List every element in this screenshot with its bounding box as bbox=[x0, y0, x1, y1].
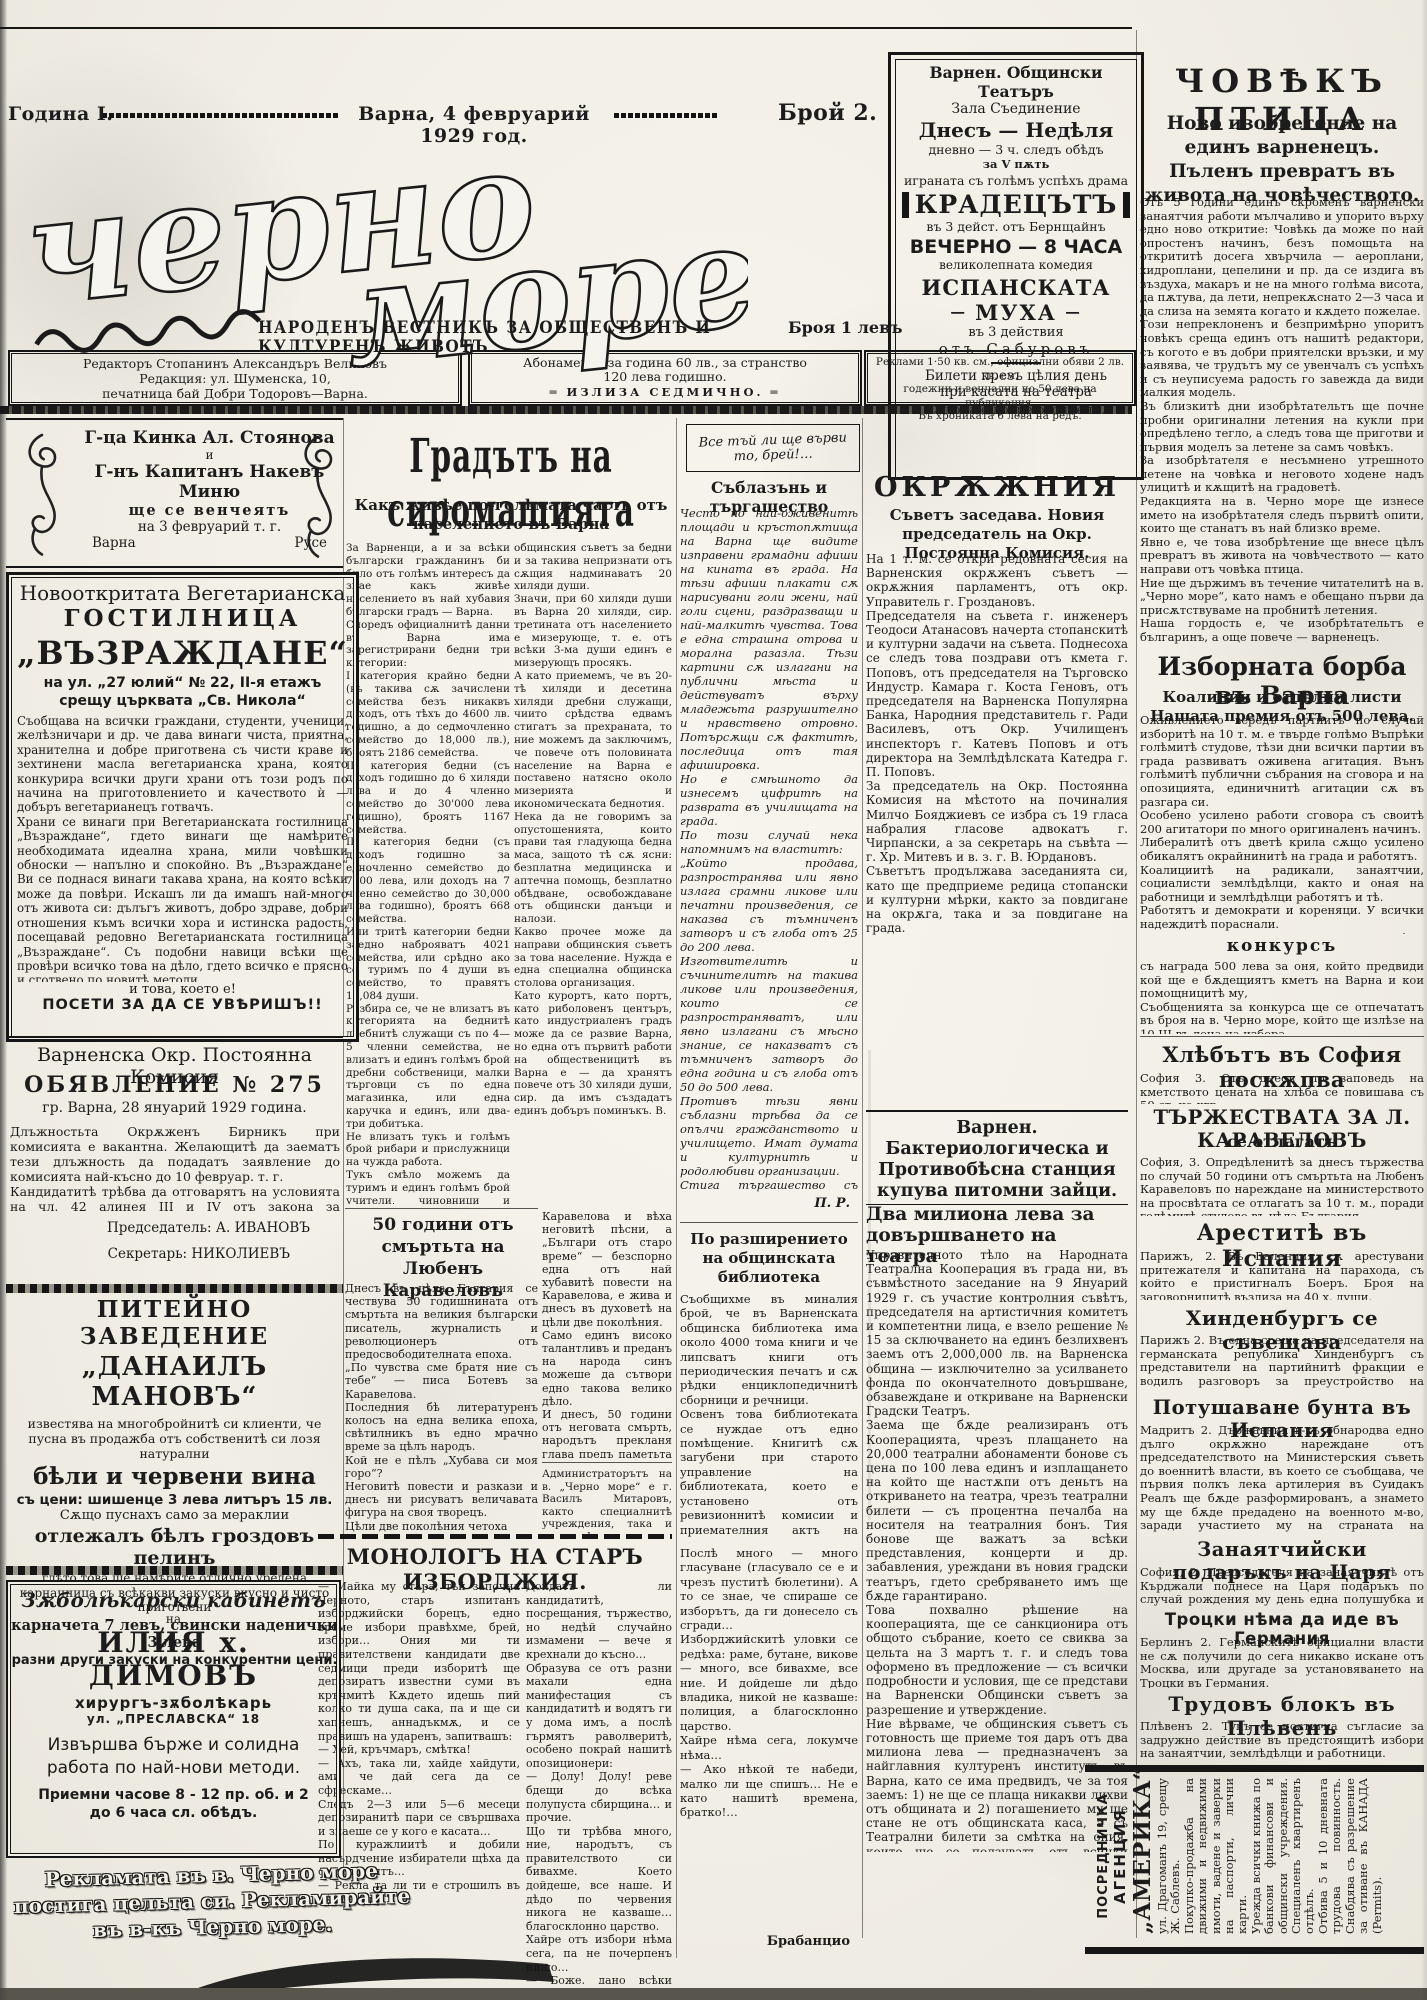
poverty-subtitle: Какъ живѣе по-голѣмата часть отъ населен… bbox=[350, 496, 672, 534]
agency-ad-rotated: ПОСРЕДНИЧКА АГЕНЦИЯ „АМЕРИКА“ ул. Драгом… bbox=[1096, 1778, 1384, 1934]
okr-body: На 1 т. м. се откри редовната сесия на В… bbox=[866, 552, 1128, 1102]
theater-acts1: въ 3 дейст. отъ Бернщайнъ bbox=[896, 219, 1136, 234]
play-title-fly: ─ МУХА ─ bbox=[896, 300, 1136, 325]
karavelov-col1: Днесъ въ цѣла България се чествува 50 го… bbox=[345, 1282, 538, 1536]
newspaper-subtitle: НАРОДЕНЪ ВЕСТНИКЪ ЗА ОБЩЕСТВЕНЪ И КУЛТУР… bbox=[258, 318, 723, 356]
dateline-bar-left bbox=[100, 113, 338, 118]
top-rule bbox=[0, 27, 1132, 29]
groom-name: Г-нъ Капитанъ Накевъ Миню bbox=[76, 462, 343, 502]
agency-body: ул. Драгоманъ 19, срещу Ж. Саблевъ. Поку… bbox=[1156, 1778, 1384, 1934]
wire-mutiny-body: Мадритъ 2. Държавния в-къ обнародва едно… bbox=[1140, 1424, 1424, 1532]
wedding-city-groom: Русе bbox=[294, 535, 327, 551]
wire-rule bbox=[1140, 1036, 1424, 1037]
veg-name: „ВЪЗРАЖДАНЕ“ bbox=[17, 634, 348, 672]
weekly-text: ИЗЛИЗА СЕДМИЧНО. bbox=[567, 385, 764, 399]
self-promo-text: Рекламата въ в. Черно море постига цельт… bbox=[1, 1857, 423, 1946]
wire-fest-body: София, 3. Опредѣленитѣ за днесъ тържеств… bbox=[1140, 1156, 1424, 1216]
dimov-hours: Приемни часове 8 - 12 пр. об. и 2 до 6 ч… bbox=[8, 1786, 339, 1822]
theater-name: Варнен. Общински Театъръ bbox=[896, 63, 1136, 101]
col-rule-right bbox=[1136, 30, 1137, 1938]
dimov-address: ул. „ПРЕСЛАВСКА“ 18 bbox=[8, 1712, 339, 1726]
temptation-signature: П. Р. bbox=[680, 1196, 850, 1211]
manov-wines: бѣли и червени вина bbox=[6, 1463, 343, 1490]
announce-body: Длъжностьта Окрѫженъ Бирникъ при комисия… bbox=[10, 1124, 340, 1216]
monologue-col2: Дойдатъ ли кандидатитѣ, посрещания, търж… bbox=[526, 1580, 672, 1984]
dimov-role: хирургъ-зѫболѣкарь bbox=[8, 1694, 339, 1712]
col-rule-mid bbox=[676, 418, 677, 1958]
manov-ornament-band-top bbox=[6, 1284, 343, 1293]
agency-h3: „АМЕРИКА“ bbox=[1129, 1778, 1156, 1934]
wedding-action: ще се венчеятъ bbox=[76, 502, 343, 519]
subscription-infobox: Абонаментъ за година 60 лв., за странств… bbox=[468, 350, 862, 406]
col-rule-okr bbox=[862, 418, 863, 1938]
theater-sep bbox=[991, 362, 1041, 364]
announce-top-rule bbox=[6, 1036, 343, 1038]
theater-ad: Варнен. Общински Театъръ Зала Съединение… bbox=[888, 52, 1144, 480]
okr-title: ОКРѪЖНИЯ bbox=[866, 472, 1128, 503]
vegetarian-ad: Новооткритата Вегетарианска ГОСТИЛНИЦА „… bbox=[6, 572, 359, 1042]
subscription-text: Абонаментъ за година 60 лв., за странств… bbox=[476, 356, 854, 384]
play-title-spanish: ИСПАНСКАТА bbox=[896, 275, 1136, 300]
bride-name: Г-ца Кинка Ал. Стоянова bbox=[76, 428, 343, 448]
wire-arrests-body: Парижъ, 2. Въ Валенция сѫ арестувани при… bbox=[1140, 1250, 1424, 1300]
theater-ad-inner: Варнен. Общински Театъръ Зала Съединение… bbox=[895, 59, 1137, 478]
announce-chair: Председатель: А. ИВАНОВЪ bbox=[10, 1220, 310, 1236]
election-body-1: Оживлението вередъ партиитѣ по случай из… bbox=[1140, 714, 1424, 934]
newspaper-page: Година I. Варна, 4 февруарий 1929 год. Б… bbox=[0, 0, 1427, 2000]
temptation-body: Често по най-оживенитѣ площади и кръстоп… bbox=[680, 506, 858, 1194]
wire-trotsky-body: Берлинъ 2. Германскитѣ официални власти … bbox=[1140, 1636, 1424, 1688]
admin-note: Администраторътъ на в. „Черно море“ е г.… bbox=[542, 1468, 672, 1534]
dateline-bar-right bbox=[612, 113, 718, 118]
monologue-ornament-band bbox=[318, 1534, 672, 1539]
handwritten-note-text: Все тъй ли ще върви то, брей!… bbox=[687, 430, 860, 466]
veg-closing1: и това, което е! bbox=[17, 982, 348, 997]
karavelov-col2: Каравелова и вѣха неговитѣ пѣсни, а „Бъл… bbox=[542, 1210, 672, 1458]
poverty-col1: За Варненци, а и за всѣки български граж… bbox=[346, 542, 510, 1204]
announce-secretary: Секретарь: НИКОЛИЕВЪ bbox=[10, 1246, 290, 1262]
chatter-body: Послѣ много — много гласуване (гласувало… bbox=[680, 1546, 858, 1930]
play-title-thief-text: КРАДЕЦЪТЪ bbox=[915, 190, 1118, 219]
manov-line5: Сѫщо пуснахъ само за мераклии bbox=[6, 1508, 343, 1523]
announce-title: ОБЯВЛЕНИЕ № 275 bbox=[6, 1072, 343, 1098]
theater-tickets: Билети презъ цѣлия день при касата на те… bbox=[896, 368, 1136, 400]
scan-edge-bottom bbox=[0, 1988, 1427, 2000]
wedding-flourish-ornament bbox=[12, 428, 72, 558]
theater-author: отъ Сабуровъ bbox=[896, 340, 1136, 358]
manov-prices: съ цени: шишенце 3 лева литъръ 15 лв. bbox=[6, 1492, 343, 1508]
theater-acts2: въ 3 действия bbox=[896, 325, 1136, 340]
library-body: Съобщихме въ миналия брой, че въ Варненс… bbox=[680, 1292, 858, 1538]
wire-bread-body: София 3. Отъ днесъ по заповедь на кметст… bbox=[1140, 1072, 1424, 1104]
birdman-body: Отъ 5 години единъ скроменъ варненски за… bbox=[1140, 196, 1424, 648]
theater-comedy-note: великолепната комедия bbox=[896, 258, 1136, 272]
manov-body1: известява на многобройнитѣ си клиенти, ч… bbox=[6, 1416, 343, 1461]
price-label: Броя 1 левъ bbox=[788, 318, 908, 337]
scan-edge-left bbox=[0, 0, 7, 2000]
wire-hindenburg-body: Парижъ 2. Въ една среща на председателя … bbox=[1140, 1334, 1424, 1392]
dateline: Варна, 4 февруарий 1929 год. bbox=[338, 103, 610, 147]
wire-labor-body: Плѣвенъ 2. Тукъ се постигна съгласие за … bbox=[1140, 1720, 1424, 1760]
veg-line1: Новооткритата Вегетарианска bbox=[17, 581, 348, 605]
scan-crease bbox=[868, 1050, 871, 1520]
handwritten-note-box: Все тъй ли ще върви то, брей!… bbox=[686, 424, 860, 472]
editor-infobox: Редакторъ Стопанинъ Александъръ Великовъ… bbox=[8, 350, 462, 406]
manov-name: „ДАНАИЛЪ МАНОВЪ“ bbox=[6, 1352, 343, 1412]
loan-body: Управителното тѣло на Народната Театралн… bbox=[866, 1248, 1128, 1852]
station-notice: Варнен. Бактериологическа и Противобѣсна… bbox=[866, 1110, 1128, 1205]
karavelov-rule bbox=[345, 1208, 538, 1209]
wedding-announcement: Г-ца Кинка Ал. Стоянова и Г-нъ Капитанъ … bbox=[6, 418, 343, 568]
veg-address: на ул. „27 юлий“ № 22, II-я етажъ срещу … bbox=[17, 674, 348, 710]
station-notice-text: Варнен. Бактериологическа и Противобѣсна… bbox=[877, 1118, 1117, 1201]
veg-closing2: ПОСЕТИ ЗА ДА СЕ УВѢРИШЪ!! bbox=[17, 997, 348, 1013]
manov-ornament-band-bottom bbox=[6, 1566, 343, 1575]
theater-heated: Салона е добре отопленъ. bbox=[896, 403, 1136, 418]
theater-matinee: дневно — 3 ч. следъ обѣдъ bbox=[896, 142, 1136, 157]
election-body-2: съ награда 500 лева за оня, който предви… bbox=[1140, 960, 1424, 1034]
wedding-and: и bbox=[76, 448, 343, 462]
poverty-col2: общинския съветъ за бедни и за такива не… bbox=[514, 542, 672, 1204]
theater-vtime: за V пѫть bbox=[896, 157, 1136, 171]
wire-gift-body: София, 2. Председателя на занаятчиитѣ от… bbox=[1140, 1566, 1424, 1608]
theater-hall: Зала Съединение bbox=[896, 101, 1136, 117]
wire-fest-sub: се отлагатъ bbox=[1140, 1132, 1424, 1151]
dimov-line2: на bbox=[8, 1612, 339, 1626]
wedding-date: на 3 февруарий т. г. bbox=[76, 519, 343, 535]
theater-drama-note: играната съ голѣмъ успѣхъ драма bbox=[896, 173, 1136, 188]
veg-body: Съобщава на всички граждани, студенти, у… bbox=[17, 714, 348, 982]
weekly-line: ═ ИЗЛИЗА СЕДМИЧНО. ═ bbox=[476, 385, 854, 400]
dimov-ad: Зѫболѣкарски кабинетъ на ИЛИЯ х. ДИМОВЪ … bbox=[6, 1580, 341, 1858]
theater-evening: ВЕЧЕРНО — 8 ЧАСА bbox=[896, 236, 1136, 258]
play-title-fly-text: МУХА bbox=[975, 300, 1057, 325]
play-title-thief: КРАДЕЦЪТЪ bbox=[896, 190, 1136, 219]
wedding-city-bride: Варна bbox=[92, 535, 136, 551]
library-rule bbox=[680, 1222, 858, 1223]
theater-day: Днесъ — Недѣля bbox=[896, 118, 1136, 142]
birdman-subtitle: Ново изобретение на единъ варненецъ. Пъл… bbox=[1140, 112, 1424, 208]
manov-pelin: отлежалъ бѣлъ гроздовъ пелинъ bbox=[6, 1525, 343, 1569]
wave-ornament bbox=[35, 310, 260, 355]
announce-place: гр. Варна, 28 януарий 1929 година. bbox=[6, 1100, 343, 1116]
chatter-signature: Брабанцио bbox=[680, 1934, 850, 1949]
veg-line2: ГОСТИЛНИЦА bbox=[17, 605, 348, 632]
issue-label: Брой 2. bbox=[778, 100, 878, 126]
dimov-body: Извършва бърже и солидна работа по най-н… bbox=[8, 1734, 339, 1780]
dimov-line1: Зѫболѣкарски кабинетъ bbox=[8, 1588, 339, 1612]
admin-note-rule bbox=[542, 1462, 672, 1463]
manov-line1: ПИТЕЙНО ЗАВЕДЕНИЕ bbox=[6, 1296, 343, 1350]
library-title: По разширението на общинската библиотека bbox=[680, 1230, 858, 1287]
dimov-name: ИЛИЯ х. ДИМОВЪ bbox=[8, 1626, 339, 1692]
election-contest-subhead: конкурсъ bbox=[1140, 936, 1424, 956]
